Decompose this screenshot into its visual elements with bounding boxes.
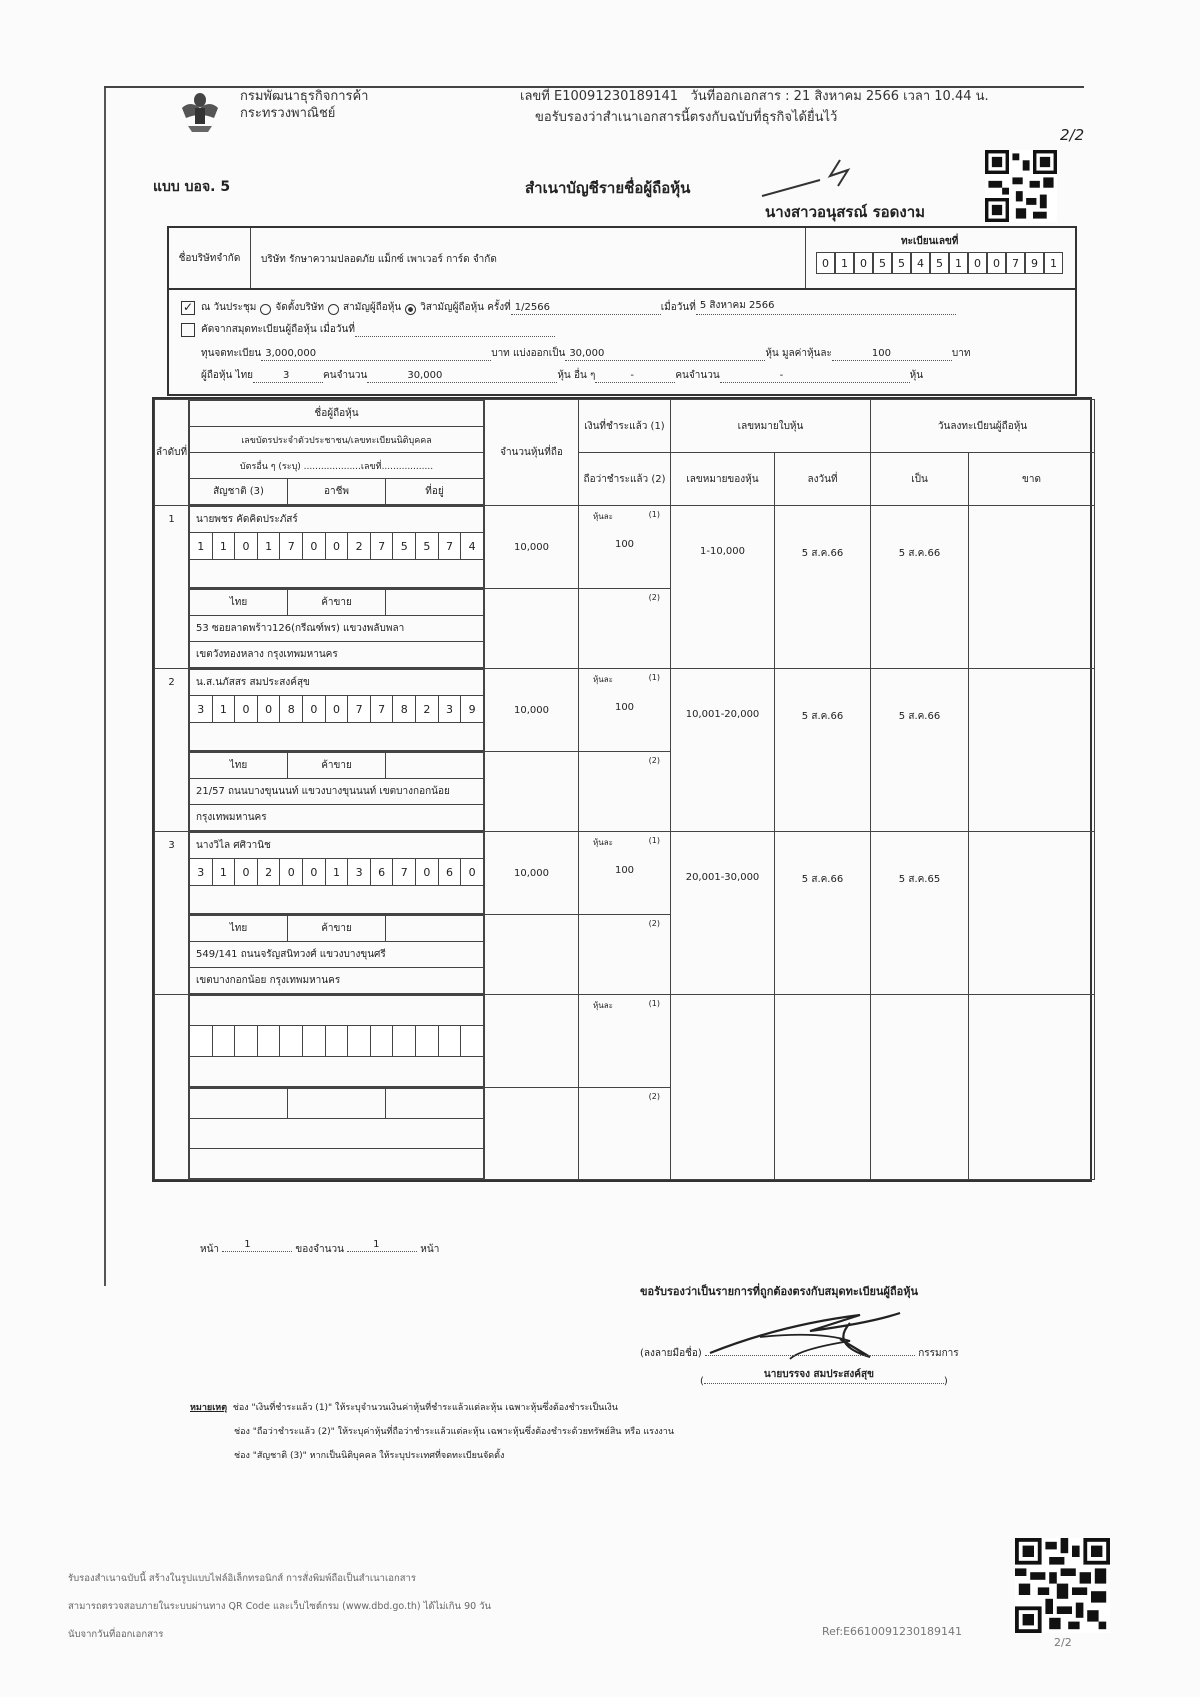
col-certno-header: เลขหมายของหุ้น bbox=[671, 453, 775, 506]
id-digit: 3 bbox=[190, 859, 213, 885]
shareholder-table: ลำดับที่ ชื่อผู้ถือหุ้น เลขบัตรประจำตัวป… bbox=[152, 397, 1092, 1182]
id-digit: 7 bbox=[280, 533, 303, 559]
id-cell-empty bbox=[190, 1026, 484, 1057]
id-digit-empty bbox=[235, 1026, 258, 1056]
id-digit: 2 bbox=[348, 533, 371, 559]
mark-1: (1) bbox=[649, 673, 660, 686]
capital-value: 3,000,000 bbox=[265, 348, 316, 359]
paid-cell: หุ้นละ(1) 100 bbox=[579, 832, 671, 915]
id-digit: 3 bbox=[190, 696, 213, 722]
registration-label: ทะเบียนเลขที่ bbox=[901, 234, 958, 249]
mark-1: (1) bbox=[649, 999, 660, 1012]
time-label: เวลา bbox=[903, 89, 930, 104]
footer-disclaimer: รับรองสำเนาฉบับนี้ สร้างในรูปแบบไฟล์อิเล… bbox=[68, 1565, 491, 1649]
id-cell: 3 1 0 2 0 0 1 3 6 7 0 6 0 bbox=[190, 859, 484, 886]
shares-unit: หุ้น bbox=[765, 346, 778, 361]
id-digit-empty bbox=[439, 1026, 462, 1056]
id-digit: 0 bbox=[258, 696, 281, 722]
address-line-2: เขตวังทองหลาง กรุงเทพมหานคร bbox=[190, 642, 484, 668]
ceased-date bbox=[969, 669, 1095, 832]
empty-cell bbox=[386, 916, 484, 942]
id-digit: 8 bbox=[393, 696, 416, 722]
id-digit: 6 bbox=[371, 859, 394, 885]
cert-no: 20,001-30,000 bbox=[671, 832, 775, 995]
note-line-2: ช่อง "ถือว่าชำระแล้ว (2)" ให้ระบุค่าหุ้น… bbox=[190, 1420, 674, 1444]
note-line-1: ช่อง "เงินที่ชำระแล้ว (1)" ให้ระบุจำนวนเ… bbox=[233, 1403, 618, 1413]
opt-extraordinary: วิสามัญผู้ถือหุ้น bbox=[420, 300, 484, 315]
id-digit-empty bbox=[393, 1026, 416, 1056]
certifier-signature bbox=[760, 152, 910, 200]
at-meeting-label: ณ วันประชุม bbox=[201, 300, 256, 315]
paid-cell-empty: หุ้นละ(1) bbox=[579, 995, 671, 1088]
ceased-empty bbox=[969, 995, 1095, 1180]
id-digit: 9 bbox=[461, 696, 483, 722]
page-mark: 2/2 bbox=[1060, 126, 1084, 144]
id-digit: 0 bbox=[280, 859, 303, 885]
of-label: ของจำนวน bbox=[295, 1244, 344, 1255]
id-digit-empty bbox=[213, 1026, 236, 1056]
id-digit: 0 bbox=[235, 696, 258, 722]
per-share-label: หุ้นละ bbox=[593, 836, 613, 849]
became-date: 5 ส.ค.65 bbox=[871, 832, 969, 995]
id-digit: 1 bbox=[326, 859, 349, 885]
holder-bottom: ไทย ค้าขาย 53 ซอยลาดพร้าว126(กรีณฑ์พร) แ… bbox=[189, 589, 485, 669]
paid-value: 100 bbox=[579, 702, 670, 713]
reg-digit: 0 bbox=[987, 252, 1006, 274]
opt-establish: จัดตั้งบริษัท bbox=[275, 300, 324, 315]
registration-number-block: ทะเบียนเลขที่ 0 1 0 5 5 4 5 1 0 0 7 9 1 bbox=[805, 228, 1075, 288]
other-card-header: บัตรอื่น ๆ (ระบุ) ....................เล… bbox=[190, 453, 484, 479]
pages-label: หน้า bbox=[420, 1244, 439, 1255]
radio-ordinary[interactable] bbox=[328, 304, 339, 315]
cert-date-empty bbox=[775, 995, 871, 1180]
became-date: 5 ส.ค.66 bbox=[871, 506, 969, 669]
table-row: 3 นางวิไล ศศิวานิช 3 1 0 2 0 0 1 3 6 7 bbox=[155, 832, 1095, 915]
certify-statement: ขอรับรองว่าเป็นรายการที่ถูกต้องตรงกับสมุ… bbox=[640, 1282, 918, 1300]
other-count: - bbox=[630, 370, 634, 381]
issue-date: 21 สิงหาคม 2566 bbox=[794, 89, 899, 104]
shares-empty bbox=[485, 752, 579, 832]
reg-digit: 0 bbox=[968, 252, 987, 274]
round-field: 1/2566 bbox=[511, 303, 661, 315]
id-digit: 1 bbox=[258, 533, 281, 559]
signer-name-line: (นายบรรจง สมประสงค์สุข) bbox=[700, 1372, 948, 1387]
holders-line: ผู้ถือหุ้น ไทย 3 คน จำนวน 30,000 หุ้น อื… bbox=[201, 368, 923, 383]
id-digit: 1 bbox=[213, 696, 236, 722]
id-digit: 0 bbox=[326, 696, 349, 722]
document-left-border bbox=[104, 86, 106, 1286]
document-title: สำเนาบัญชีรายชื่อผู้ถือหุ้น bbox=[525, 176, 690, 200]
qr-code-icon[interactable] bbox=[1015, 1538, 1110, 1633]
id-digit: 0 bbox=[303, 696, 326, 722]
deemed-paid-cell: (2) bbox=[579, 915, 671, 995]
address-line-2: เขตบางกอกน้อย กรุงเทพมหานคร bbox=[190, 968, 484, 994]
holder-name: น.ส.นภัสสร สมประสงค์สุข bbox=[190, 670, 484, 696]
other-card-cell bbox=[190, 886, 484, 914]
document-number-line: เลขที่ E10091230189141 วันที่ออกเอกสาร :… bbox=[520, 88, 989, 105]
empty-cell bbox=[386, 590, 484, 616]
row-no: 3 bbox=[155, 832, 189, 995]
address-line-1: 549/141 ถนนจรัญสนิทวงศ์ แขวงบางขุนศรี bbox=[190, 942, 484, 968]
address-line-1: 21/57 ถนนบางขุนนนท์ แขวงบางขุนนนท์ เขตบา… bbox=[190, 779, 484, 805]
baht-label-2: บาท bbox=[952, 346, 971, 361]
id-cell: 3 1 0 0 8 0 0 7 7 8 2 3 9 bbox=[190, 696, 484, 723]
thai-shares-field: 30,000 bbox=[367, 371, 557, 383]
id-digit-empty bbox=[461, 1026, 483, 1056]
shares-empty bbox=[485, 995, 579, 1088]
reference-number: Ref:E6610091230189141 bbox=[822, 1625, 962, 1638]
id-digit: 4 bbox=[461, 533, 483, 559]
shares-total-value: 30,000 bbox=[569, 348, 604, 359]
sign-label: (ลงลายมือชื่อ) bbox=[640, 1348, 702, 1359]
nationality-header: สัญชาติ (3) bbox=[190, 479, 288, 505]
meeting-checkbox[interactable]: ✓ bbox=[181, 301, 195, 315]
nationality: ไทย bbox=[190, 753, 288, 779]
holder-bottom: ไทย ค้าขาย 21/57 ถนนบางขุนนนท์ แขวงบางขุ… bbox=[189, 752, 485, 832]
cert-date: 5 ส.ค.66 bbox=[775, 506, 871, 669]
capital-label: ทุนจดทะเบียน bbox=[201, 346, 261, 361]
reg-digit: 1 bbox=[1044, 252, 1063, 274]
thai-count-field: 3 bbox=[253, 371, 323, 383]
id-digits: 3 1 0 2 0 0 1 3 6 7 0 6 0 bbox=[190, 859, 483, 885]
id-cell: 1 1 0 1 7 0 0 2 7 5 5 7 4 bbox=[190, 533, 484, 560]
col-no-header: ลำดับที่ bbox=[155, 400, 189, 506]
ministry-name: กระทรวงพาณิชย์ bbox=[240, 105, 368, 122]
nationality: ไทย bbox=[190, 916, 288, 942]
shares-held: 10,000 bbox=[485, 832, 579, 915]
col-regdate-header: วันลงทะเบียนผู้ถือหุ้น bbox=[871, 400, 1095, 453]
par-field: 100 bbox=[832, 349, 952, 361]
issue-time: 10.44 น. bbox=[934, 89, 988, 104]
holder-name: นางวิไล ศศิวานิช bbox=[190, 833, 484, 859]
reg-digit: 9 bbox=[1025, 252, 1044, 274]
row-no-empty bbox=[155, 995, 189, 1180]
empty-cell bbox=[190, 1149, 484, 1179]
empty-cell bbox=[190, 1119, 484, 1149]
cert-no: 10,001-20,000 bbox=[671, 669, 775, 832]
id-digits: 3 1 0 0 8 0 0 7 7 8 2 3 9 bbox=[190, 696, 483, 722]
paid-value: 100 bbox=[579, 865, 670, 876]
ceased-date bbox=[969, 506, 1095, 669]
id-digit: 6 bbox=[439, 859, 462, 885]
total-pages: 1 bbox=[373, 1239, 379, 1250]
shares-empty bbox=[485, 915, 579, 995]
notes: หมายเหตุ ช่อง "เงินที่ชำระแล้ว (1)" ให้ร… bbox=[190, 1396, 674, 1468]
id-digit-empty bbox=[416, 1026, 439, 1056]
id-digit: 7 bbox=[371, 533, 394, 559]
shares-held: 10,000 bbox=[485, 669, 579, 752]
reg-digit: 0 bbox=[816, 252, 835, 274]
thai-shares: 30,000 bbox=[407, 370, 442, 381]
empty-cell bbox=[288, 1089, 386, 1119]
signer-name: นายบรรจง สมประสงค์สุข bbox=[764, 1367, 874, 1382]
id-digit: 7 bbox=[371, 696, 394, 722]
id-digit-empty bbox=[348, 1026, 371, 1056]
par-value: 100 bbox=[872, 348, 891, 359]
other-shares-field: - bbox=[720, 371, 910, 383]
occupation: ค้าขาย bbox=[288, 590, 386, 616]
table-row: 2 น.ส.นภัสสร สมประสงค์สุข 3 1 0 0 8 0 0 … bbox=[155, 669, 1095, 752]
company-label: ชื่อบริษัทจำกัด bbox=[169, 228, 251, 288]
occupation-header: อาชีพ bbox=[288, 479, 386, 505]
footer-line-1: รับรองสำเนาฉบับนี้ สร้างในรูปแบบไฟล์อิเล… bbox=[68, 1565, 491, 1593]
divided-label: แบ่งออกเป็น bbox=[513, 346, 565, 361]
other-shares: - bbox=[780, 370, 784, 381]
cert-no: 1-10,000 bbox=[671, 506, 775, 669]
signature-line: (ลงลายมือชื่อ) กรรมการ bbox=[640, 1344, 959, 1361]
signer-name-field: นายบรรจง สมประสงค์สุข bbox=[704, 1372, 944, 1384]
col-became-header: เป็น bbox=[871, 453, 969, 506]
page-number: 1 bbox=[244, 1239, 250, 1250]
holder-name-empty bbox=[190, 996, 484, 1026]
address-header: ที่อยู่ bbox=[386, 479, 484, 505]
id-digit: 0 bbox=[303, 533, 326, 559]
deemed-paid-cell: (2) bbox=[579, 752, 671, 832]
meeting-line: ✓ ณ วันประชุม จัดตั้งบริษัท สามัญผู้ถือห… bbox=[181, 300, 956, 315]
shares-unit-3: หุ้น bbox=[910, 368, 923, 383]
capital-field: 3,000,000 bbox=[261, 349, 491, 361]
footer-line-2: สามารถตรวจสอบภายในระบบผ่านทาง QR Code แล… bbox=[68, 1593, 491, 1621]
id-digit: 1 bbox=[213, 859, 236, 885]
persons-label: คน bbox=[323, 368, 337, 383]
holder-bottom-empty bbox=[189, 1088, 485, 1180]
id-digit: 5 bbox=[416, 533, 439, 559]
reg-digit: 5 bbox=[873, 252, 892, 274]
garuda-emblem-icon bbox=[178, 90, 222, 134]
holders-label: ผู้ถือหุ้น bbox=[201, 368, 232, 383]
col-shares-header: จำนวนหุ้นที่ถือ bbox=[485, 400, 579, 506]
issue-label: วันที่ออกเอกสาร : bbox=[690, 89, 789, 104]
address-line-2: กรุงเทพมหานคร bbox=[190, 805, 484, 831]
register-line: คัดจากสมุดทะเบียนผู้ถือหุ้น เมื่อวันที่ bbox=[181, 322, 555, 337]
shares-total-field: 30,000 bbox=[565, 349, 765, 361]
total-field: 1 bbox=[347, 1240, 417, 1252]
id-digit: 7 bbox=[439, 533, 462, 559]
radio-extraordinary[interactable] bbox=[405, 304, 416, 315]
sign-field bbox=[705, 1344, 915, 1356]
empty-cell bbox=[190, 1089, 288, 1119]
paid-cell: หุ้นละ(1) 100 bbox=[579, 506, 671, 589]
id-digit-empty bbox=[258, 1026, 281, 1056]
shares-unit-2: หุ้น bbox=[557, 368, 570, 383]
id-digit: 3 bbox=[439, 696, 462, 722]
department-name: กรมพัฒนาธุรกิจการค้า bbox=[240, 88, 368, 105]
page-label: หน้า bbox=[200, 1244, 219, 1255]
page-field: 1 bbox=[222, 1240, 292, 1252]
meeting-info: ✓ ณ วันประชุม จัดตั้งบริษัท สามัญผู้ถือห… bbox=[167, 290, 1077, 396]
id-digit-empty bbox=[303, 1026, 326, 1056]
reg-digit: 7 bbox=[1006, 252, 1025, 274]
empty-cell bbox=[386, 1089, 484, 1119]
row-no: 1 bbox=[155, 506, 189, 669]
id-digits: 1 1 0 1 7 0 0 2 7 5 5 7 4 bbox=[190, 533, 483, 559]
department-block: กรมพัฒนาธุรกิจการค้า กระทรวงพาณิชย์ bbox=[240, 88, 368, 122]
cert-no-empty bbox=[671, 995, 775, 1180]
shares-empty bbox=[485, 589, 579, 669]
id-digit-empty bbox=[280, 1026, 303, 1056]
deemed-paid-empty: (2) bbox=[579, 1088, 671, 1180]
mark-1: (1) bbox=[649, 836, 660, 849]
date-value: 5 สิงหาคม 2566 bbox=[700, 298, 775, 313]
table-row-empty: หุ้นละ(1) bbox=[155, 995, 1095, 1088]
registration-digits: 0 1 0 5 5 4 5 1 0 0 7 9 1 bbox=[816, 252, 1063, 274]
holder-bottom: ไทย ค้าขาย 549/141 ถนนจรัญสนิทวงศ์ แขวงบ… bbox=[189, 915, 485, 995]
empty-cell bbox=[386, 753, 484, 779]
signer-role: กรรมการ bbox=[918, 1348, 958, 1359]
qr-code-icon[interactable] bbox=[985, 150, 1057, 222]
other-count-field: - bbox=[595, 371, 675, 383]
reg-digit: 5 bbox=[892, 252, 911, 274]
col-holder-header: ชื่อผู้ถือหุ้น เลขบัตรประจำตัวประชาชน/เล… bbox=[189, 400, 485, 506]
col-ceased-header: ขาด bbox=[969, 453, 1095, 506]
col-certdate-header: ลงวันที่ bbox=[775, 453, 871, 506]
paid-value: 100 bbox=[579, 539, 670, 550]
doc-no: E10091230189141 bbox=[554, 89, 678, 104]
table-header-row-1: ลำดับที่ ชื่อผู้ถือหุ้น เลขบัตรประจำตัวป… bbox=[155, 400, 1095, 453]
id-header: เลขบัตรประจำตัวประชาชน/เลขทะเบียนนิติบุค… bbox=[190, 427, 484, 453]
baht-label: บาท bbox=[491, 346, 510, 361]
table-row: 1 นายพชร คัดคิดประภัสร์ 1 1 0 1 7 0 0 2 … bbox=[155, 506, 1095, 589]
per-share-label: หุ้นละ bbox=[593, 510, 613, 523]
nationality: ไทย bbox=[190, 590, 288, 616]
note-line-3: ช่อง "สัญชาติ (3)" หากเป็นนิติบุคคล ให้ร… bbox=[190, 1444, 674, 1468]
id-digit: 8 bbox=[280, 696, 303, 722]
company-name: บริษัท รักษาความปลอดภัย แม็กซ์ เพาเวอร์ … bbox=[261, 252, 497, 267]
reg-digit: 1 bbox=[949, 252, 968, 274]
occupation: ค้าขาย bbox=[288, 916, 386, 942]
company-header: ชื่อบริษัทจำกัด บริษัท รักษาความปลอดภัย … bbox=[167, 226, 1077, 290]
col-cert-header: เลขหมายใบหุ้น bbox=[671, 400, 871, 453]
mark-1: (1) bbox=[649, 510, 660, 523]
other-card-cell bbox=[190, 560, 484, 588]
from-register-label: คัดจากสมุดทะเบียนผู้ถือหุ้น เมื่อวันที่ bbox=[201, 322, 355, 337]
id-digit: 1 bbox=[190, 533, 213, 559]
reg-digit: 5 bbox=[930, 252, 949, 274]
amount-label: จำนวน bbox=[337, 368, 368, 383]
shares-empty bbox=[485, 1088, 579, 1180]
date-field: 5 สิงหาคม 2566 bbox=[696, 303, 956, 315]
qr-page-indicator: 2/2 bbox=[1054, 1636, 1072, 1649]
cert-date: 5 ส.ค.66 bbox=[775, 832, 871, 995]
paid-cell: หุ้นละ(1) 100 bbox=[579, 669, 671, 752]
id-digit: 1 bbox=[213, 533, 236, 559]
col-deemed-header: ถือว่าชำระแล้ว (2) bbox=[579, 453, 671, 506]
id-digit: 2 bbox=[416, 696, 439, 722]
became-date: 5 ส.ค.66 bbox=[871, 669, 969, 832]
persons-label-2: คน bbox=[675, 368, 689, 383]
round-value: 1/2566 bbox=[515, 302, 550, 313]
holder-top: น.ส.นภัสสร สมประสงค์สุข 3 1 0 0 8 0 0 7 … bbox=[189, 669, 485, 752]
id-digit: 0 bbox=[326, 533, 349, 559]
footer-line-3: นับจากวันที่ออกเอกสาร bbox=[68, 1621, 491, 1649]
id-digit: 0 bbox=[303, 859, 326, 885]
id-digit-empty bbox=[326, 1026, 349, 1056]
deemed-paid-cell: (2) bbox=[579, 589, 671, 669]
address-line-1: 53 ซอยลาดพร้าว126(กรีณฑ์พร) แขวงพลับพลา bbox=[190, 616, 484, 642]
id-digit: 3 bbox=[348, 859, 371, 885]
per-share-label: หุ้นละ bbox=[593, 999, 613, 1012]
id-digit: 5 bbox=[393, 533, 416, 559]
pagination: หน้า 1 ของจำนวน 1 หน้า bbox=[200, 1240, 439, 1257]
par-label: มูลค่าหุ้นละ bbox=[782, 346, 832, 361]
register-date-field bbox=[355, 325, 555, 337]
id-digit-empty bbox=[190, 1026, 213, 1056]
shares-held: 10,000 bbox=[485, 506, 579, 589]
doc-no-label: เลขที่ bbox=[520, 89, 550, 104]
form-code: แบบ บอจ. 5 bbox=[153, 176, 230, 198]
occupation: ค้าขาย bbox=[288, 753, 386, 779]
id-digit: 0 bbox=[235, 533, 258, 559]
holder-top: นายพชร คัดคิดประภัสร์ 1 1 0 1 7 0 0 2 7 … bbox=[189, 506, 485, 589]
reg-digit: 1 bbox=[835, 252, 854, 274]
holder-top: นางวิไล ศศิวานิช 3 1 0 2 0 0 1 3 6 7 0 bbox=[189, 832, 485, 915]
notes-label: หมายเหตุ bbox=[190, 1403, 227, 1413]
id-digit: 7 bbox=[348, 696, 371, 722]
holder-header: ชื่อผู้ถือหุ้น bbox=[190, 401, 484, 427]
certifier-name: นางสาวอนุสรณ์ รอดงาม bbox=[765, 200, 925, 224]
reg-digit: 4 bbox=[911, 252, 930, 274]
id-digit: 0 bbox=[235, 859, 258, 885]
certify-copy-line: ขอรับรองว่าสำเนาเอกสารนี้ตรงกับฉบับที่ธุ… bbox=[535, 106, 837, 127]
id-digit-empty bbox=[371, 1026, 394, 1056]
other-card-cell bbox=[190, 723, 484, 751]
ceased-date bbox=[969, 832, 1095, 995]
other-card-empty bbox=[190, 1057, 484, 1087]
row-no: 2 bbox=[155, 669, 189, 832]
date-label: เมื่อวันที่ bbox=[661, 300, 696, 315]
id-digit: 7 bbox=[393, 859, 416, 885]
register-checkbox[interactable] bbox=[181, 323, 195, 337]
opt-ordinary: สามัญผู้ถือหุ้น bbox=[343, 300, 401, 315]
round-label: ครั้งที่ bbox=[487, 300, 511, 315]
radio-establish[interactable] bbox=[260, 304, 271, 315]
col-paid-header: เงินที่ชำระแล้ว (1) bbox=[579, 400, 671, 453]
holder-name: นายพชร คัดคิดประภัสร์ bbox=[190, 507, 484, 533]
thai-count: 3 bbox=[283, 370, 289, 381]
amount-label-2: จำนวน bbox=[689, 368, 720, 383]
per-share-label: หุ้นละ bbox=[593, 673, 613, 686]
id-digit: 0 bbox=[461, 859, 483, 885]
reg-digit: 0 bbox=[854, 252, 873, 274]
capital-line: ทุนจดทะเบียน 3,000,000 บาท แบ่งออกเป็น 3… bbox=[201, 346, 970, 361]
id-digit: 2 bbox=[258, 859, 281, 885]
thai-label: ไทย bbox=[236, 368, 253, 383]
became-empty bbox=[871, 995, 969, 1180]
cert-date: 5 ส.ค.66 bbox=[775, 669, 871, 832]
other-label: อื่น ๆ bbox=[574, 368, 595, 383]
id-digit: 0 bbox=[416, 859, 439, 885]
holder-top-empty bbox=[189, 995, 485, 1088]
